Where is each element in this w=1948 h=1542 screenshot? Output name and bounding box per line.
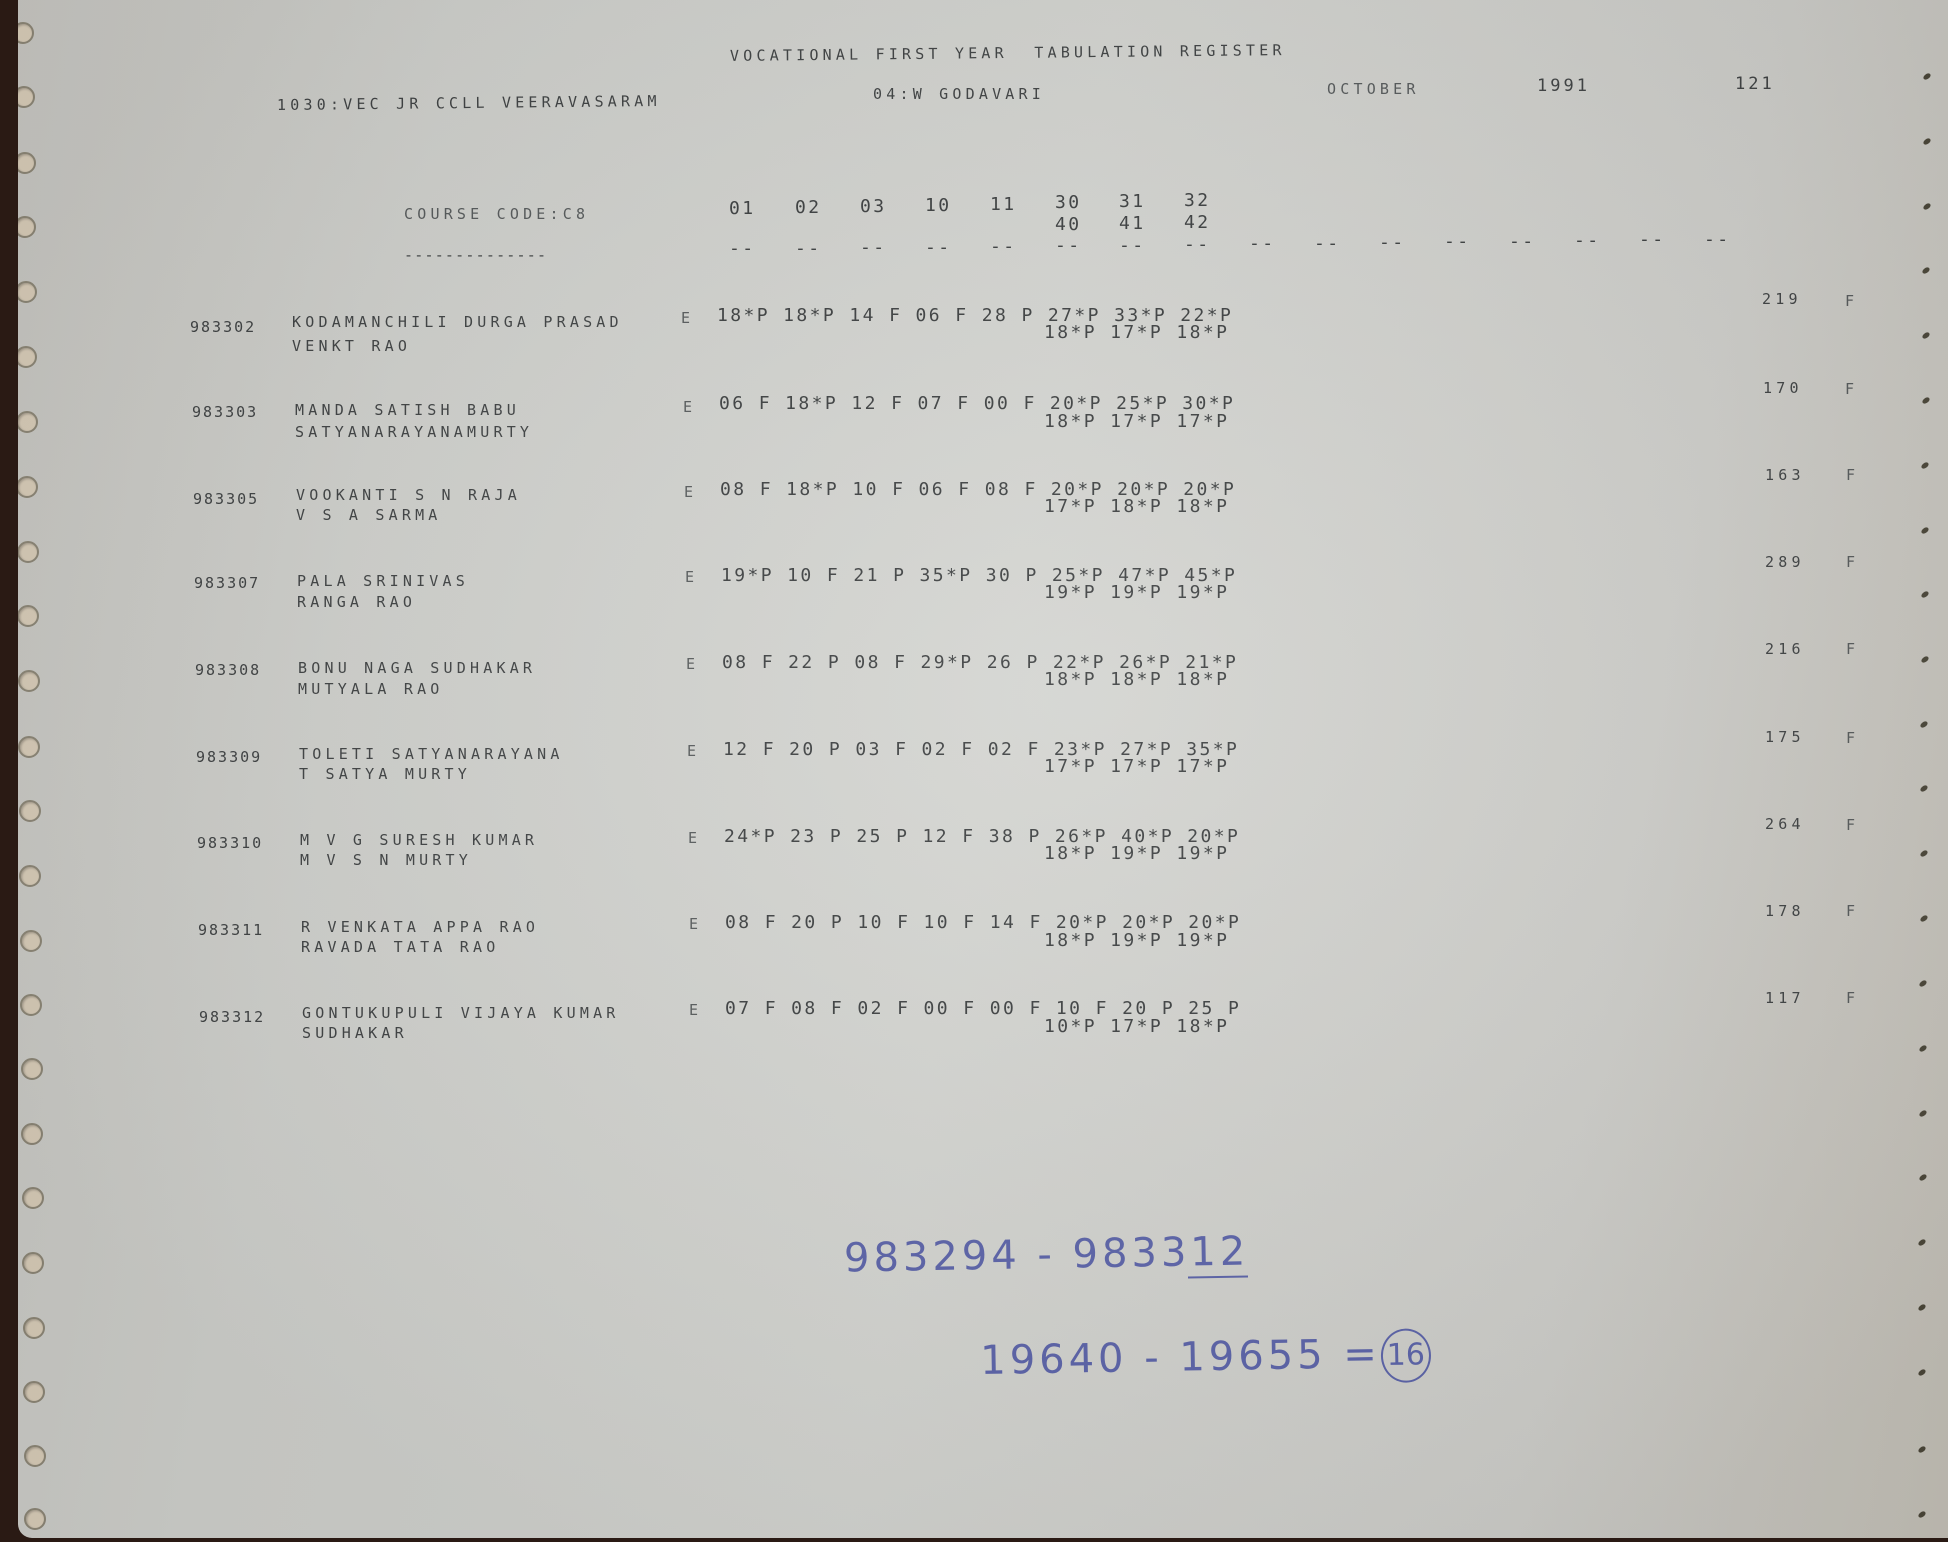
punch-hole-icon	[22, 1252, 44, 1274]
column-separator: --	[1509, 233, 1535, 251]
handwritten-circled-count: 16	[1380, 1328, 1431, 1383]
student-name: MANDA SATISH BABU	[295, 403, 520, 418]
marks-line-2: 18*P 19*P 19*P	[1044, 932, 1229, 950]
marks-line-2: 18*P 19*P 19*P	[1044, 845, 1229, 863]
handwritten-underline	[1188, 1275, 1248, 1278]
column-code-03: 03	[860, 198, 886, 216]
perforation-icon	[1921, 396, 1930, 405]
result-status: F	[1845, 294, 1858, 309]
perforation-icon	[1920, 526, 1929, 535]
perforation-icon	[1917, 1303, 1926, 1312]
punch-hole-icon	[21, 1123, 43, 1145]
column-separator: --	[860, 239, 886, 257]
result-status: F	[1846, 468, 1859, 483]
perforation-icon	[1917, 1368, 1926, 1377]
perforation-icon	[1919, 784, 1928, 793]
student-name: KODAMANCHILI DURGA PRASAD	[292, 315, 623, 330]
punch-hole-icon	[18, 86, 35, 108]
perforation-icon	[1921, 266, 1930, 275]
hall-ticket-number: 983309	[196, 750, 262, 765]
total-marks: 178	[1765, 904, 1805, 919]
column-separator: --	[729, 240, 755, 258]
perforation-icon	[1920, 461, 1929, 470]
printout-page: VOCATIONAL FIRST YEAR TABULATION REGISTE…	[18, 0, 1948, 1538]
total-marks: 117	[1765, 991, 1805, 1006]
result-status: F	[1846, 991, 1859, 1006]
punch-hole-icon	[22, 1187, 44, 1209]
parent-name: V S A SARMA	[296, 508, 442, 523]
punch-hole-icon	[21, 1058, 43, 1080]
district-name: 04:W GODAVARI	[873, 87, 1045, 102]
hall-ticket-number: 983308	[195, 663, 261, 678]
perforation-icon	[1921, 331, 1930, 340]
column-code-10: 10	[925, 197, 951, 215]
total-marks: 170	[1763, 381, 1803, 396]
perforation-icon	[1918, 1173, 1927, 1182]
punch-hole-icon	[18, 605, 39, 627]
marks-line-2: 19*P 19*P 19*P	[1044, 584, 1229, 602]
column-separator: --	[1444, 233, 1470, 251]
hall-ticket-number: 983305	[193, 492, 259, 507]
column-separator: --	[1055, 237, 1081, 255]
punch-hole-icon	[18, 216, 36, 238]
column-code-30: 30	[1055, 194, 1081, 212]
student-name: TOLETI SATYANARAYANA	[299, 747, 564, 762]
result-status: F	[1846, 555, 1859, 570]
total-marks: 163	[1765, 468, 1805, 483]
marks-line-2: 18*P 18*P 18*P	[1044, 671, 1229, 689]
perforation-icon	[1917, 1510, 1926, 1519]
perforation-icon	[1918, 1109, 1927, 1118]
parent-name: RANGA RAO	[297, 595, 416, 610]
perforation-icon	[1918, 979, 1927, 988]
student-name: PALA SRINIVAS	[297, 574, 469, 589]
column-separator: --	[1249, 235, 1275, 253]
punch-hole-icon	[23, 1381, 45, 1403]
punch-hole-icon	[18, 152, 36, 174]
column-code-32: 32	[1184, 192, 1210, 210]
student-name: R VENKATA APPA RAO	[301, 920, 539, 935]
column-code-01: 01	[729, 200, 755, 218]
category-code: E	[681, 311, 694, 326]
perforation-icon	[1922, 202, 1931, 211]
register-title: VOCATIONAL FIRST YEAR TABULATION REGISTE…	[730, 43, 1286, 64]
parent-name: SATYANARAYANAMURTY	[295, 425, 533, 440]
marks-line-2: 18*P 17*P 18*P	[1044, 324, 1229, 342]
marks-line-2: 17*P 17*P 17*P	[1044, 758, 1229, 776]
category-code: E	[689, 917, 702, 932]
column-code-11: 11	[990, 196, 1016, 214]
punch-hole-icon	[18, 281, 37, 303]
parent-name: VENKT RAO	[292, 339, 411, 354]
category-code: E	[687, 744, 700, 759]
punch-hole-icon	[18, 22, 34, 44]
exam-year: 1991	[1537, 78, 1590, 95]
category-code: E	[686, 657, 699, 672]
parent-name: RAVADA TATA RAO	[301, 940, 499, 955]
handwritten-range-2-text: 19640 - 19655 =	[980, 1331, 1381, 1384]
column-separator: --	[1184, 236, 1210, 254]
total-marks: 175	[1765, 730, 1805, 745]
punch-hole-icon	[18, 670, 40, 692]
total-marks: 219	[1762, 292, 1802, 307]
perforation-icon	[1919, 720, 1928, 729]
handwritten-range-1: 983294 - 983312	[844, 1231, 1250, 1278]
punch-hole-icon	[18, 346, 37, 368]
column-separator: --	[1314, 235, 1340, 253]
handwritten-range-2: 19640 - 19655 =16	[879, 1288, 1432, 1432]
category-code: E	[683, 400, 696, 415]
result-status: F	[1846, 731, 1859, 746]
exam-month: OCTOBER	[1327, 82, 1420, 97]
punch-hole-icon	[20, 930, 42, 952]
course-code-underline: --------------	[404, 248, 547, 263]
parent-name: MUTYALA RAO	[298, 682, 444, 697]
column-code-40: 40	[1055, 216, 1081, 234]
punch-hole-icon	[18, 476, 38, 498]
column-separator: --	[795, 240, 821, 258]
result-status: F	[1846, 818, 1859, 833]
student-name: M V G SURESH KUMAR	[300, 833, 538, 848]
parent-name: M V S N MURTY	[300, 853, 472, 868]
punch-hole-icon	[19, 800, 41, 822]
category-code: E	[685, 570, 698, 585]
column-separator: --	[1574, 232, 1600, 250]
student-name: BONU NAGA SUDHAKAR	[298, 661, 536, 676]
column-separator: --	[990, 238, 1016, 256]
course-code-label: COURSE CODE:C8	[404, 207, 589, 222]
parent-name: T SATYA MURTY	[299, 767, 471, 782]
hall-ticket-number: 983310	[197, 836, 263, 851]
hall-ticket-number: 983311	[198, 923, 264, 938]
result-status: F	[1846, 904, 1859, 919]
total-marks: 289	[1765, 555, 1805, 570]
perforation-icon	[1920, 655, 1929, 664]
punch-hole-icon	[18, 541, 39, 563]
category-code: E	[684, 485, 697, 500]
total-marks: 264	[1765, 817, 1805, 832]
column-separator: --	[1704, 231, 1730, 249]
column-code-31: 31	[1119, 193, 1145, 211]
punch-hole-icon	[19, 865, 41, 887]
column-code-42: 42	[1184, 214, 1210, 232]
hall-ticket-number: 983312	[199, 1010, 265, 1025]
total-marks: 216	[1765, 642, 1805, 657]
punch-hole-icon	[18, 411, 38, 433]
marks-line-2: 17*P 18*P 18*P	[1044, 498, 1229, 516]
punch-hole-icon	[23, 1317, 45, 1339]
hall-ticket-number: 983307	[194, 576, 260, 591]
category-code: E	[688, 831, 701, 846]
perforation-icon	[1920, 590, 1929, 599]
hall-ticket-number: 983302	[190, 320, 256, 335]
marks-line-2: 10*P 17*P 18*P	[1044, 1018, 1229, 1036]
result-status: F	[1846, 642, 1859, 657]
punch-hole-icon	[24, 1508, 46, 1530]
parent-name: SUDHAKAR	[302, 1026, 408, 1041]
perforation-icon	[1922, 72, 1931, 81]
perforation-icon	[1919, 849, 1928, 858]
column-separator: --	[1119, 237, 1145, 255]
column-separator: --	[1639, 231, 1665, 249]
punch-hole-icon	[24, 1445, 46, 1467]
hall-ticket-number: 983303	[192, 405, 258, 420]
college-name: 1030:VEC JR CCLL VEERAVASARAM	[277, 94, 661, 113]
perforation-icon	[1917, 1238, 1926, 1247]
column-separator: --	[925, 239, 951, 257]
perforation-icon	[1918, 1044, 1927, 1053]
perforation-icon	[1919, 914, 1928, 923]
result-status: F	[1845, 382, 1858, 397]
student-name: VOOKANTI S N RAJA	[296, 488, 521, 503]
marks-line-2: 18*P 17*P 17*P	[1044, 413, 1229, 431]
punch-hole-icon	[20, 994, 42, 1016]
page-number: 121	[1735, 76, 1775, 93]
perforation-icon	[1917, 1445, 1926, 1454]
punch-hole-icon	[18, 736, 40, 758]
student-name: GONTUKUPULI VIJAYA KUMAR	[302, 1006, 620, 1021]
perforation-icon	[1922, 137, 1931, 146]
column-code-41: 41	[1119, 215, 1145, 233]
category-code: E	[689, 1003, 702, 1018]
column-code-02: 02	[795, 199, 821, 217]
column-separator: --	[1379, 234, 1405, 252]
